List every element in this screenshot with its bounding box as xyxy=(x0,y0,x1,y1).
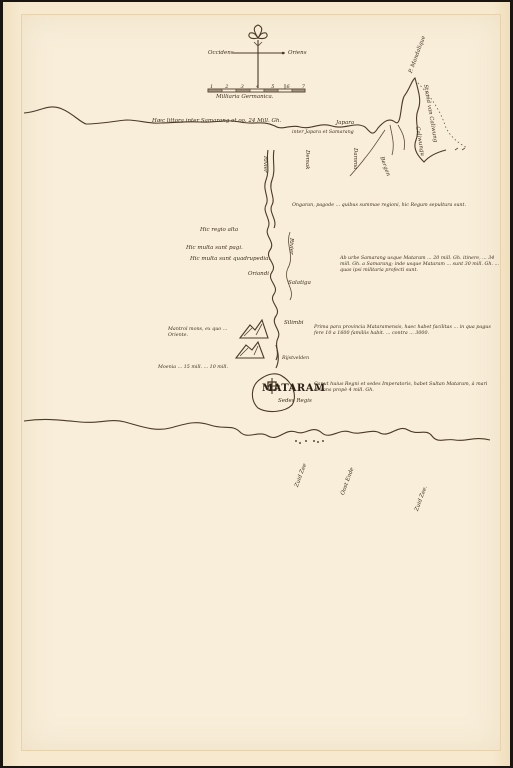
place-japara: Japara xyxy=(336,120,354,127)
right-note-bottom: Caput huius Regni et sedes Imperatoris, … xyxy=(314,382,500,394)
scale-tick: 2 xyxy=(225,84,228,90)
islands-dots xyxy=(295,440,324,444)
left-note-1: Hic regio alta xyxy=(200,227,238,234)
compass-rose-icon xyxy=(233,25,285,88)
place-damma: Damma xyxy=(351,148,358,169)
place-salatiga: Salatiga xyxy=(288,280,311,287)
scale-tick: 1 xyxy=(210,84,213,90)
mountains-icon xyxy=(236,320,268,358)
scale-tick: 7 xyxy=(302,84,305,90)
city-mataram: MATARAM xyxy=(262,383,326,394)
right-note-top: Ab urbe Samarang usque Mataram ... 20 mi… xyxy=(340,256,500,274)
paddy-fields-label: Rijstvelden xyxy=(282,356,312,362)
compass-west-label: Occidens xyxy=(208,50,234,57)
right-note-mid: Prima para provincia Mataramensis, haec … xyxy=(314,325,500,337)
south-coastline xyxy=(24,419,490,440)
scale-tick: 5 xyxy=(271,84,274,90)
left-note-2: Hic multa sunt pagi. xyxy=(186,245,243,252)
left-note-lower: Moenia ... 15 mill. ... 10 mill. xyxy=(158,365,258,371)
scale-tick: 6 xyxy=(286,84,289,90)
ongaran-note: Ongaran, pagode ... quibus summae region… xyxy=(292,203,472,209)
scale-ticks: 1 2 3 4 5 6 7 xyxy=(210,84,305,90)
place-silimbi: Silimbi xyxy=(284,320,304,327)
scale-unit-label: Milliaria Germanica. xyxy=(216,94,274,101)
mantrol-note: Mantrol mons, ex quo ... Oriente. xyxy=(168,327,238,339)
place-oriandi: Oriandi xyxy=(248,271,269,278)
scale-tick: 3 xyxy=(241,84,244,90)
city-sub-label: Sedes Regis xyxy=(278,398,312,405)
river-label-left: Rivier xyxy=(261,156,268,173)
compass-east-label: Oriens xyxy=(288,50,307,57)
scale-tick: 4 xyxy=(256,84,259,90)
coast-note: Hæc littora inter Samarang et oo. 24 Mil… xyxy=(152,118,281,125)
left-note-3: Hic multa sunt quadrupedia. xyxy=(190,256,270,263)
river-vertical-label: Rivier xyxy=(287,238,294,255)
place-demak: Demak xyxy=(303,150,310,170)
harbour-note: inter Japara et Samarang xyxy=(292,130,354,136)
